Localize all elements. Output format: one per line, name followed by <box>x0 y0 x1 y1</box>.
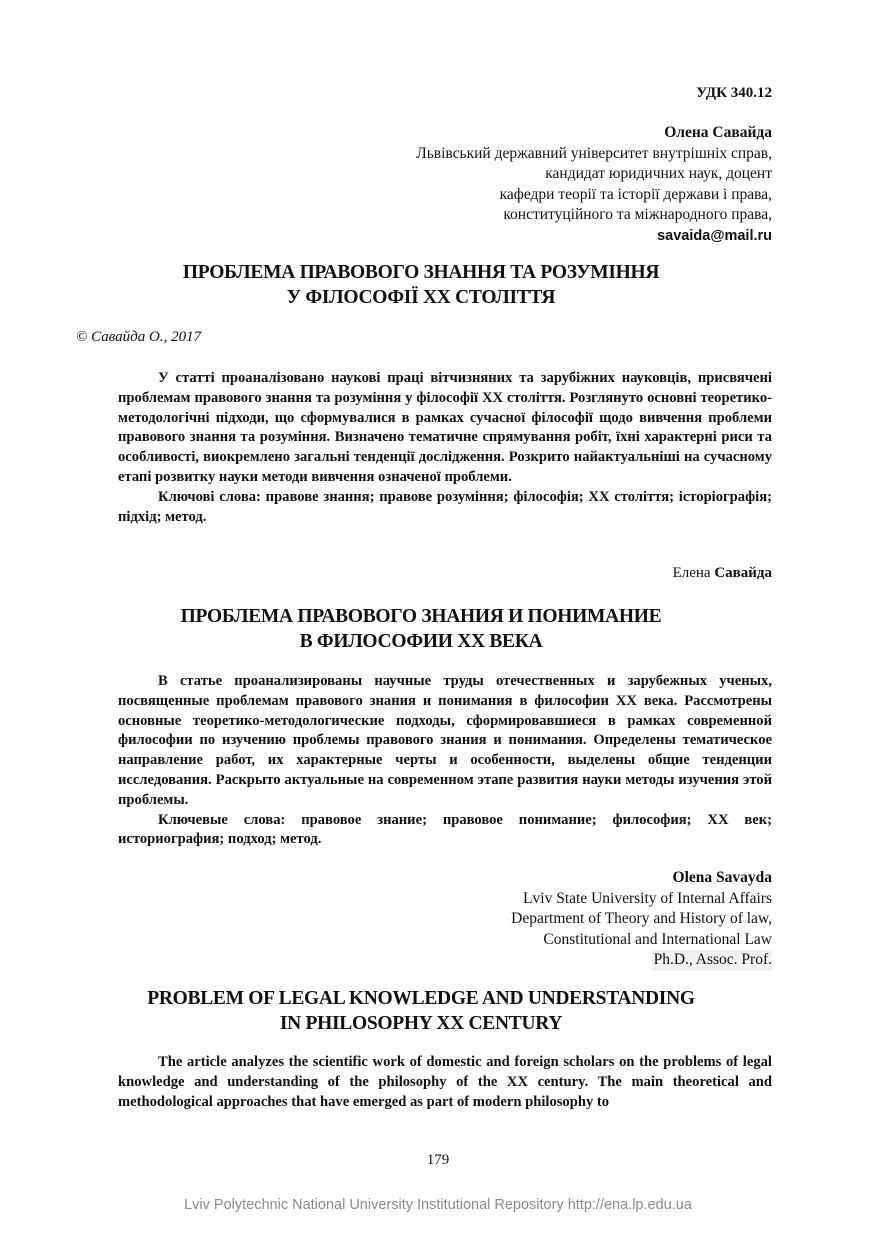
ru-author: Елена Савайда <box>673 565 772 582</box>
en-abstract: The article analyzes the scientific work… <box>118 1053 772 1112</box>
ua-title-line: ПРОБЛЕМА ПРАВОВОГО ЗНАННЯ ТА РОЗУМІННЯ <box>183 260 659 285</box>
copyright: © Савайда О., 2017 <box>76 329 201 346</box>
ua-affiliation-line: кафедри теорії та історії держави і прав… <box>416 185 772 206</box>
ua-abstract-text: У статті проаналізовано наукові праці ві… <box>118 369 772 488</box>
udk-code: УДК 340.12 <box>696 85 772 102</box>
en-abstract-text: The article analyzes the scientific work… <box>118 1053 772 1112</box>
en-title-line: IN PHILOSOPHY XX CENTURY <box>147 1011 695 1036</box>
ru-abstract: В статье проанализированы научные труды … <box>118 672 772 850</box>
en-title: PROBLEM OF LEGAL KNOWLEDGE AND UNDERSTAN… <box>0 986 876 1036</box>
ua-author-block: Олена Савайда Львівський державний уніве… <box>416 123 772 246</box>
ua-affiliation-line: конституційного та міжнародного права, <box>416 205 772 226</box>
en-author-degree: Ph.D., Assoc. Prof. <box>652 950 772 971</box>
en-affiliation-line: Lviv State University of Internal Affair… <box>511 889 772 910</box>
page-number: 179 <box>0 1152 876 1169</box>
ua-author-name: Олена Савайда <box>416 123 772 144</box>
ru-author-last: Савайда <box>714 565 772 581</box>
ru-title-line: ПРОБЛЕМА ПРАВОВОГО ЗНАНИЯ И ПОНИМАНИЕ <box>181 604 662 629</box>
ua-abstract: У статті проаналізовано наукові праці ві… <box>118 369 772 527</box>
ua-title: ПРОБЛЕМА ПРАВОВОГО ЗНАННЯ ТА РОЗУМІННЯ У… <box>0 260 876 310</box>
en-affiliation-line: Constitutional and International Law <box>511 930 772 951</box>
ua-affiliation-line: Львівський державний університет внутріш… <box>416 144 772 165</box>
repository-footer: Lviv Polytechnic National University Ins… <box>0 1197 876 1213</box>
ua-keywords: Ключові слова: правове знання; правове р… <box>118 488 772 528</box>
ua-affiliation-line: кандидат юридичних наук, доцент <box>416 164 772 185</box>
ru-title-line: В ФИЛОСОФИИ XX ВЕКА <box>181 629 662 654</box>
author-email: savaida@mail.ru <box>416 226 772 247</box>
ru-keywords: Ключевые слова: правовое знание; правово… <box>118 811 772 851</box>
en-title-line: PROBLEM OF LEGAL KNOWLEDGE AND UNDERSTAN… <box>147 986 695 1011</box>
ru-title: ПРОБЛЕМА ПРАВОВОГО ЗНАНИЯ И ПОНИМАНИЕ В … <box>0 604 876 654</box>
en-author-name: Olena Savayda <box>511 868 772 889</box>
ua-title-line: У ФІЛОСОФІЇ XX СТОЛІТТЯ <box>183 285 659 310</box>
en-affiliation-line: Department of Theory and History of law, <box>511 909 772 930</box>
ru-author-first: Елена <box>673 565 711 581</box>
ru-abstract-text: В статье проанализированы научные труды … <box>118 672 772 811</box>
en-author-block: Olena Savayda Lviv State University of I… <box>511 868 772 971</box>
